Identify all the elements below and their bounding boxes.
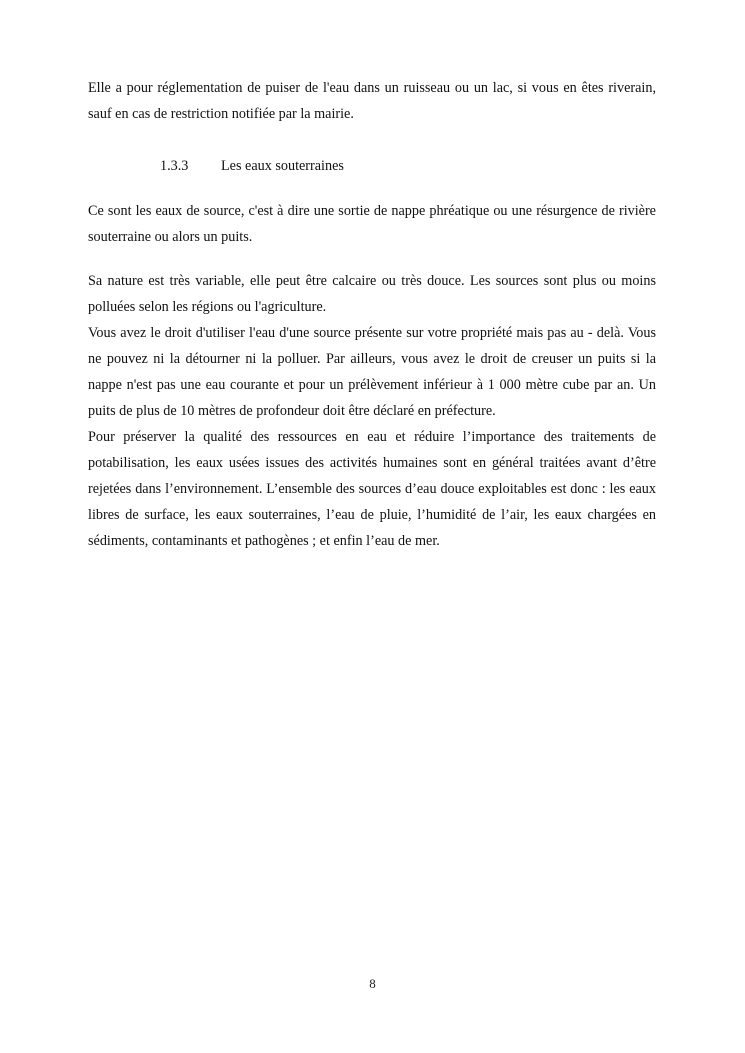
paragraph-group-groundwater: Sa nature est très variable, elle peut ê…: [88, 268, 656, 554]
document-page: Elle a pour réglementation de puiser de …: [0, 0, 745, 1053]
paragraph-spring-water-definition: Ce sont les eaux de source, c'est à dire…: [88, 198, 656, 250]
paragraph-water-treatment: Pour préserver la qualité des ressources…: [88, 424, 656, 554]
section-number: 1.3.3: [160, 153, 221, 179]
paragraph-nature-variability: Sa nature est très variable, elle peut ê…: [88, 268, 656, 320]
paragraph-legal-rights: Vous avez le droit d'utiliser l'eau d'un…: [88, 320, 656, 424]
page-number: 8: [0, 975, 745, 993]
section-title: Les eaux souterraines: [221, 153, 344, 179]
section-heading: 1.3.3 Les eaux souterraines: [160, 153, 344, 179]
paragraph-riverain-rules: Elle a pour réglementation de puiser de …: [88, 75, 656, 127]
